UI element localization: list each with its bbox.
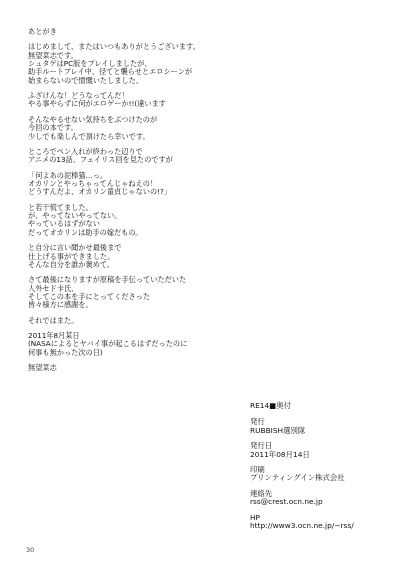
colophon-contact: 連絡先 rss@crest.ocn.ne.jp (250, 490, 390, 507)
afterword-paragraph: ふざけんな！どうなってんだ！ やる事やらずに何がエロゲーか!!(違います (28, 92, 258, 109)
colophon-value: プリンティングイン株式会社 (250, 474, 390, 482)
colophon: RE14■奥付 発行 RUBBISH選別隊 発行日 2011年08月14日 印刷… (250, 402, 390, 537)
colophon-homepage: HP http://www3.ocn.ne.jp/~rss/ (250, 514, 390, 531)
afterword-paragraph: と若干慌てました。 が、やってないやってない。 やっているはずがない だってオカ… (28, 204, 258, 237)
colophon-value: 2011年08月14日 (250, 451, 390, 459)
afterword-heading: あとがき (28, 28, 258, 36)
afterword: あとがき はじめまして、またはいつもありがとうございます。 無望菜志です。 シュ… (28, 28, 258, 380)
afterword-paragraph: そんなやるせない気持ちをぶつけたのが 今回の本です。 少しでも楽しんで頂けたら幸… (28, 116, 258, 141)
colophon-value: RUBBISH選別隊 (250, 427, 390, 435)
page-number: 30 (26, 546, 34, 554)
afterword-paragraph: と自分に言い聞かせ最後まで 仕上げる事ができました。 そんな自分を誰か褒めて。 (28, 244, 258, 269)
afterword-signature: 無望菜志 (28, 364, 258, 372)
colophon-title: RE14■奥付 (250, 402, 390, 410)
afterword-paragraph: はじめまして、またはいつもありがとうございます。 無望菜志です。 シュタゲはPC… (28, 43, 258, 84)
afterword-paragraph: 「何よあの泥棒猫…っ。 オカリンとやっちゃってんじゃねえの！ どうすんだよ、オカ… (28, 172, 258, 197)
colophon-email: rss@crest.ocn.ne.jp (250, 498, 390, 506)
afterword-paragraph: それではまた。 (28, 317, 258, 325)
afterword-paragraph: さて最後になりますが原稿を手伝っていただいた 人外セド卡氏、 そしてこの本を手に… (28, 276, 258, 309)
colophon-publisher: 発行 RUBBISH選別隊 (250, 418, 390, 435)
colophon-date: 発行日 2011年08月14日 (250, 442, 390, 459)
afterword-date: 2011年8月某日 (NASAによるとヤバイ事が起こるはずだったのに 何事も無か… (28, 332, 258, 357)
afterword-paragraph: ところでペン入れが終わった辺りで アニメの13話、フェイリス回を見たのですが (28, 148, 258, 165)
colophon-url: http://www3.ocn.ne.jp/~rss/ (250, 522, 390, 530)
colophon-printer: 印刷 プリンティングイン株式会社 (250, 466, 390, 483)
